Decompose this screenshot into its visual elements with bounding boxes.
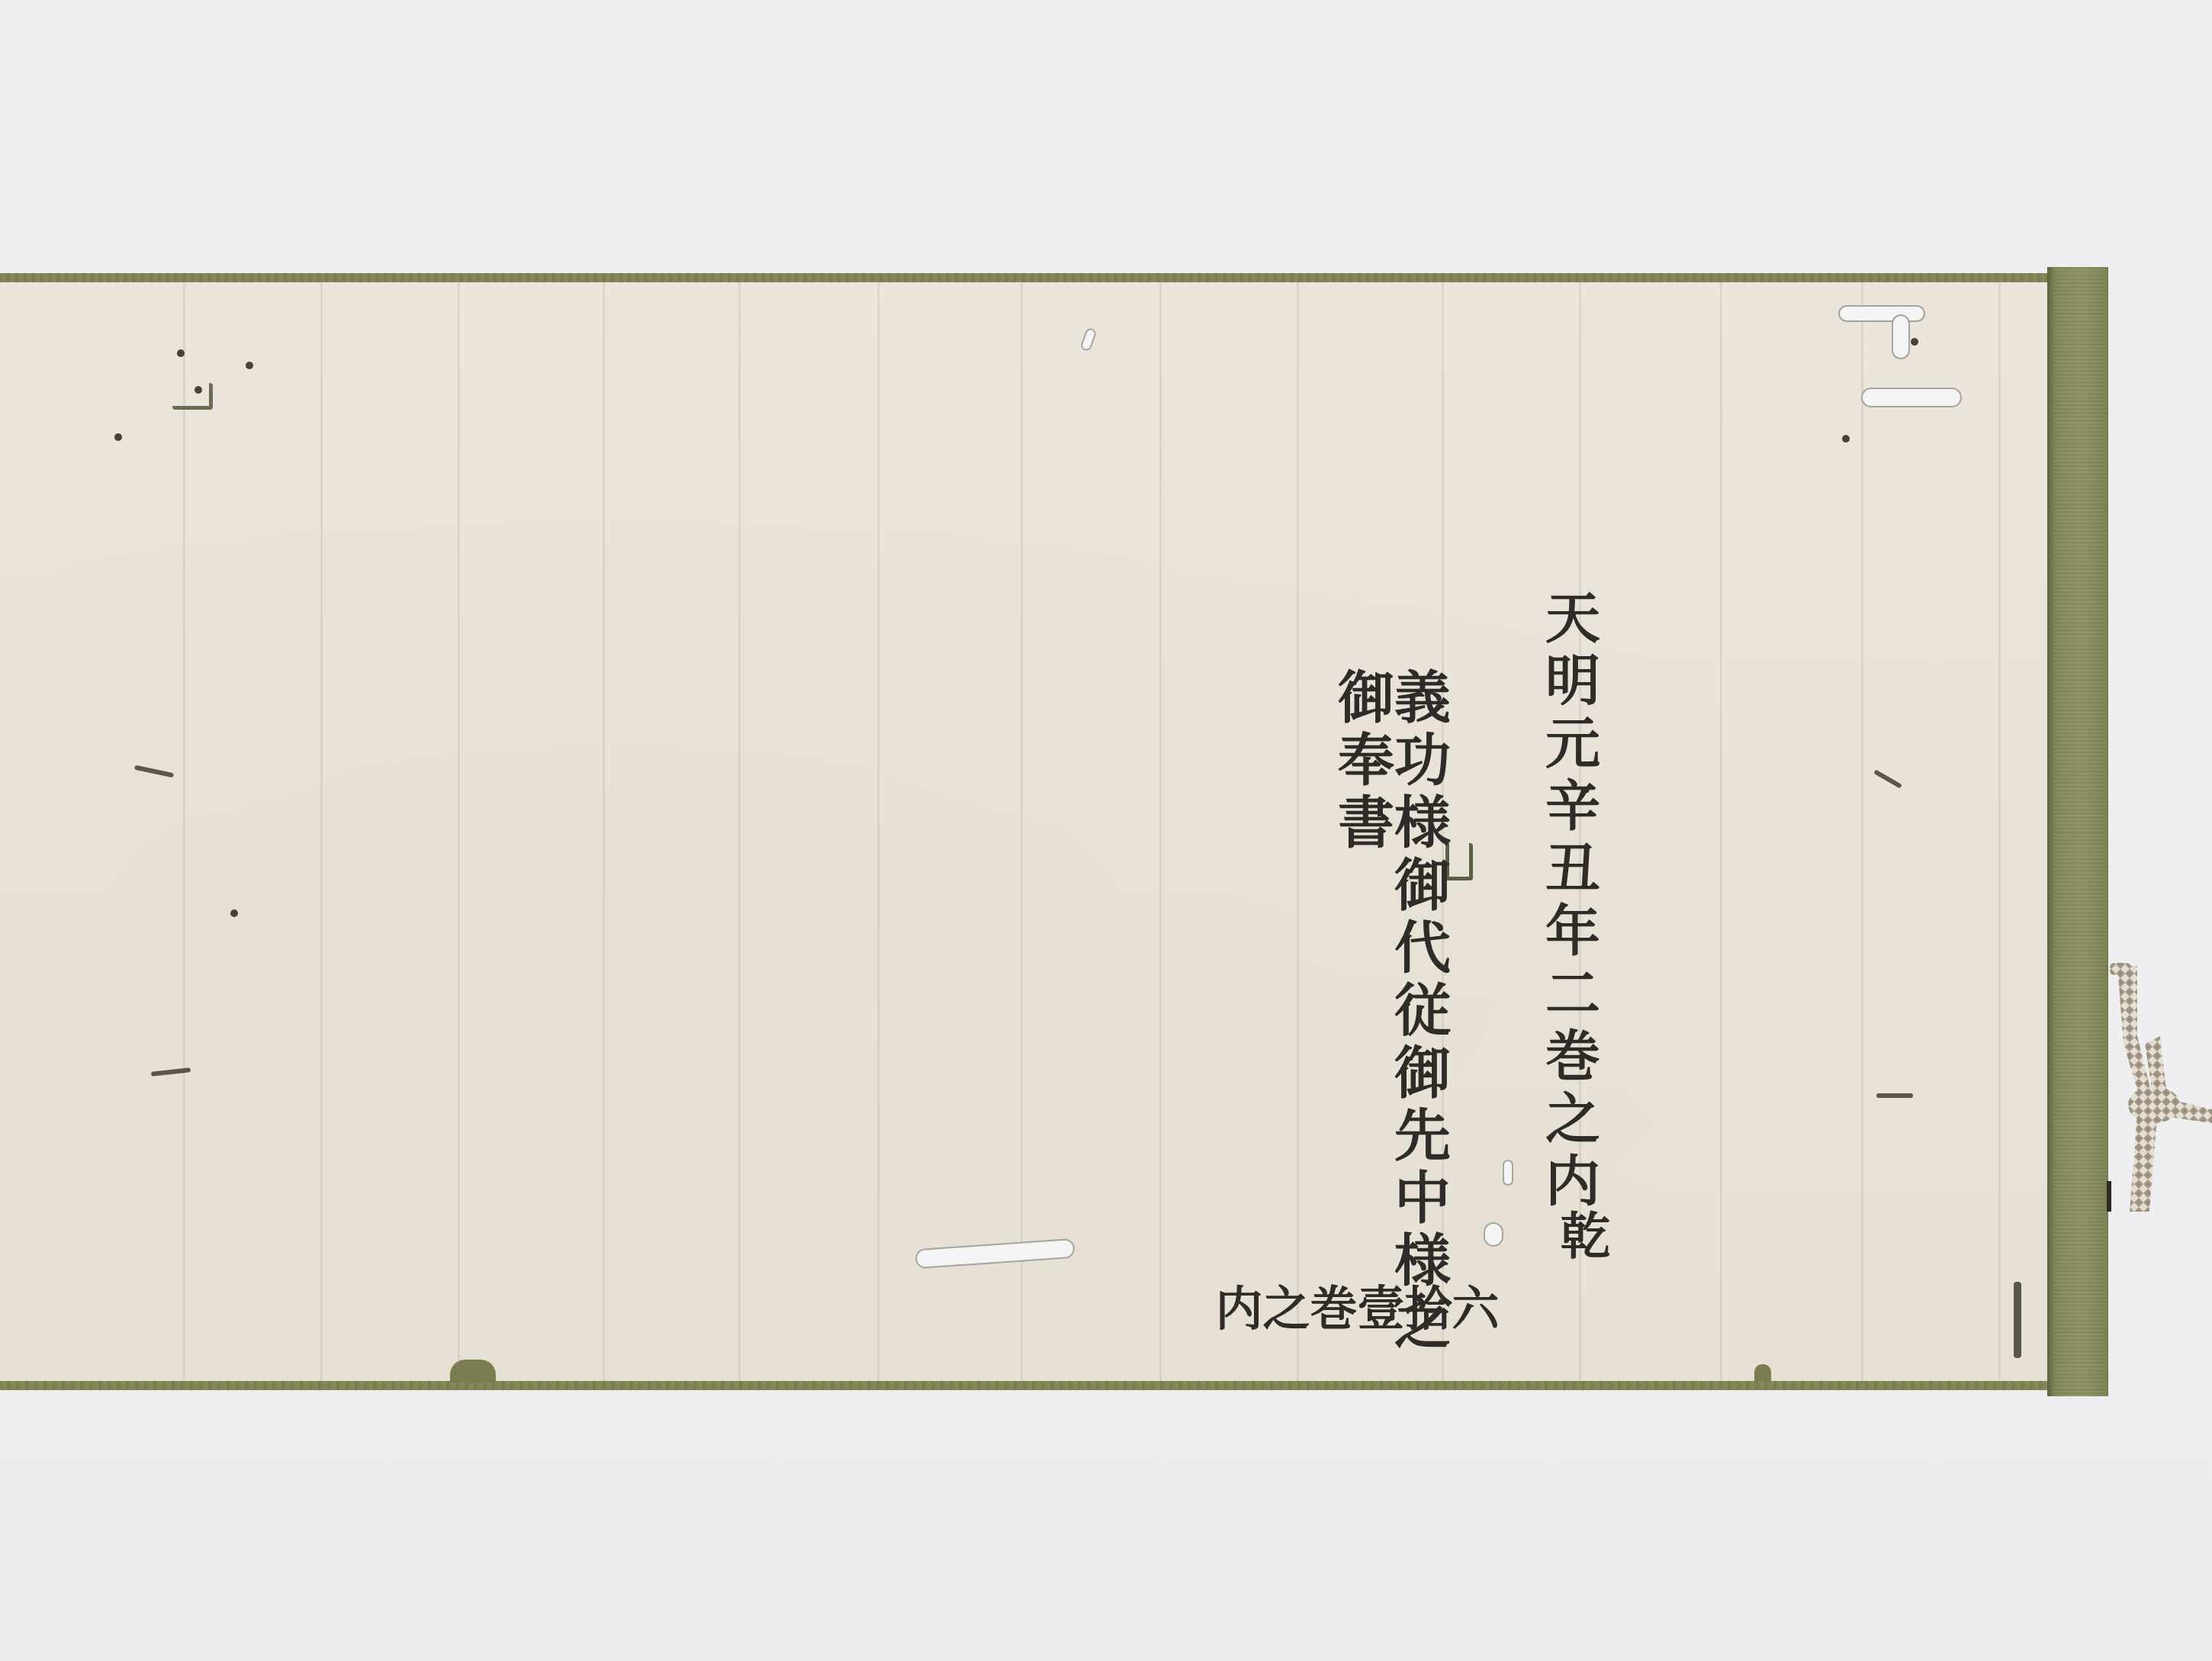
ruled-line xyxy=(1720,282,1722,1381)
ink-spot xyxy=(114,433,122,441)
worm-hole xyxy=(1838,305,1925,322)
ruled-line xyxy=(1998,282,2001,1381)
cover-fold xyxy=(2047,267,2053,1396)
fabric-edge-bottom xyxy=(0,1381,2059,1390)
fabric-fray xyxy=(1754,1364,1771,1381)
scroll-paper: 天明元辛丑年二巻之内 乾 義功様御代従御先中様之御奉書 六拾壹巻之内 xyxy=(0,282,2047,1381)
ruled-line xyxy=(458,282,460,1381)
ruled-line xyxy=(1021,282,1023,1381)
braided-cord-icon xyxy=(2107,960,2212,1250)
ink-spot xyxy=(177,349,185,357)
worm-hole xyxy=(1079,327,1097,352)
calligraphy-column-1: 天明元辛丑年二巻之内 xyxy=(1541,589,1596,1215)
calligraphy-volume-mark: 乾 xyxy=(1556,1209,1606,1261)
calligraphy-column-2: 義功様御代従御先中様之御奉書 xyxy=(1333,668,1446,1381)
stain-mark xyxy=(172,383,213,410)
stain-mark xyxy=(134,765,174,778)
handscroll: 天明元辛丑年二巻之内 乾 義功様御代従御先中様之御奉書 六拾壹巻之内 xyxy=(0,273,2105,1402)
ruled-line xyxy=(877,282,879,1381)
ruled-line xyxy=(183,282,185,1381)
ruled-line xyxy=(603,282,605,1381)
ruled-line xyxy=(1159,282,1162,1381)
ruled-line xyxy=(320,282,323,1381)
ruled-line xyxy=(1297,282,1299,1381)
fabric-cover xyxy=(2047,267,2108,1396)
ink-spot xyxy=(1911,338,1918,346)
fabric-edge-top xyxy=(0,273,2059,282)
worm-hole xyxy=(915,1238,1075,1270)
ink-spot xyxy=(1842,435,1850,443)
ruled-line xyxy=(1861,282,1863,1381)
calligraphy-column-3: 六拾壹巻之内 xyxy=(1211,1283,1495,1381)
ink-spot xyxy=(246,362,253,369)
ink-spot xyxy=(230,909,238,917)
worm-hole xyxy=(1503,1160,1513,1186)
stain-mark xyxy=(1873,769,1902,788)
worm-hole xyxy=(1484,1222,1503,1247)
ruled-line xyxy=(738,282,741,1381)
stain-mark xyxy=(2014,1282,2021,1358)
stain-mark xyxy=(1876,1093,1913,1098)
fabric-fray xyxy=(450,1360,496,1383)
worm-hole xyxy=(1861,388,1962,407)
worm-hole xyxy=(1892,314,1910,359)
